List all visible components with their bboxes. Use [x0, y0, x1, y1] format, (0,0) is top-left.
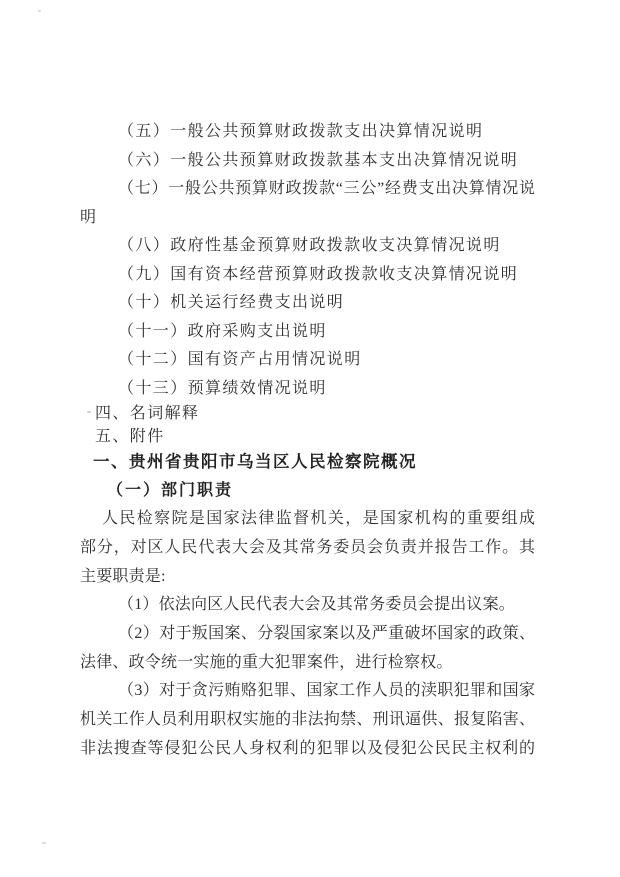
- scan-artifact-speck: [38, 10, 41, 12]
- scan-artifact-speck: [87, 411, 91, 413]
- toc-line: （九）国有资本经营预算财政拨款收支决算情况说明: [80, 261, 535, 290]
- paragraph-line: 机关工作人员利用职权实施的非法拘禁、刑讯逼供、报复陷害、: [80, 706, 535, 735]
- subsection-heading: （一）部门职责: [80, 477, 535, 506]
- paragraph-line: （3）对于贪污贿赂犯罪、国家工作人员的渎职犯罪和国家: [80, 677, 535, 706]
- toc-line: （十三）预算绩效情况说明: [80, 375, 535, 404]
- paragraph-line: 人民检察院是国家法律监督机关，是国家机构的重要组成: [80, 505, 535, 534]
- toc-line: （十二）国有资产占用情况说明: [80, 346, 535, 375]
- toc-line: （八）政府性基金预算财政拨款收支决算情况说明: [80, 232, 535, 261]
- paragraph-line: （2）对于叛国案、分裂国家案以及严重破坏国家的政策、: [80, 620, 535, 649]
- paragraph-line: 法律、政令统一实施的重大犯罪案件，进行检察权。: [80, 649, 535, 678]
- toc-line-continuation: 明: [80, 204, 535, 233]
- toc-section-line: 四、名词解释: [80, 403, 535, 425]
- paragraph-line: 主要职责是:: [80, 563, 535, 592]
- toc-line: （六）一般公共预算财政拨款基本支出决算情况说明: [80, 147, 535, 176]
- document-page: （五）一般公共预算财政拨款支出决算情况说明（六）一般公共预算财政拨款基本支出决算…: [0, 0, 620, 877]
- paragraph-line: （1）依法向区人民代表大会及其常务委员会提出议案。: [80, 591, 535, 620]
- section-heading: 一、贵州省贵阳市乌当区人民检察院概况: [80, 448, 535, 477]
- toc-line: （十）机关运行经费支出说明: [80, 289, 535, 318]
- toc-line: （七）一般公共预算财政拨款“三公”经费支出决算情况说: [80, 175, 535, 204]
- paragraph-line: 部分，对区人民代表大会及其常务委员会负责并报告工作。其: [80, 534, 535, 563]
- paragraph-line: 非法搜查等侵犯公民人身权利的犯罪以及侵犯公民民主权利的: [80, 735, 535, 764]
- toc-line: （五）一般公共预算财政拨款支出决算情况说明: [80, 118, 535, 147]
- toc-line: （十一）政府采购支出说明: [80, 318, 535, 347]
- toc-section-line: 五、附件: [80, 425, 535, 448]
- document-text-block: （五）一般公共预算财政拨款支出决算情况说明（六）一般公共预算财政拨款基本支出决算…: [80, 118, 535, 763]
- scan-artifact-speck: [42, 842, 46, 844]
